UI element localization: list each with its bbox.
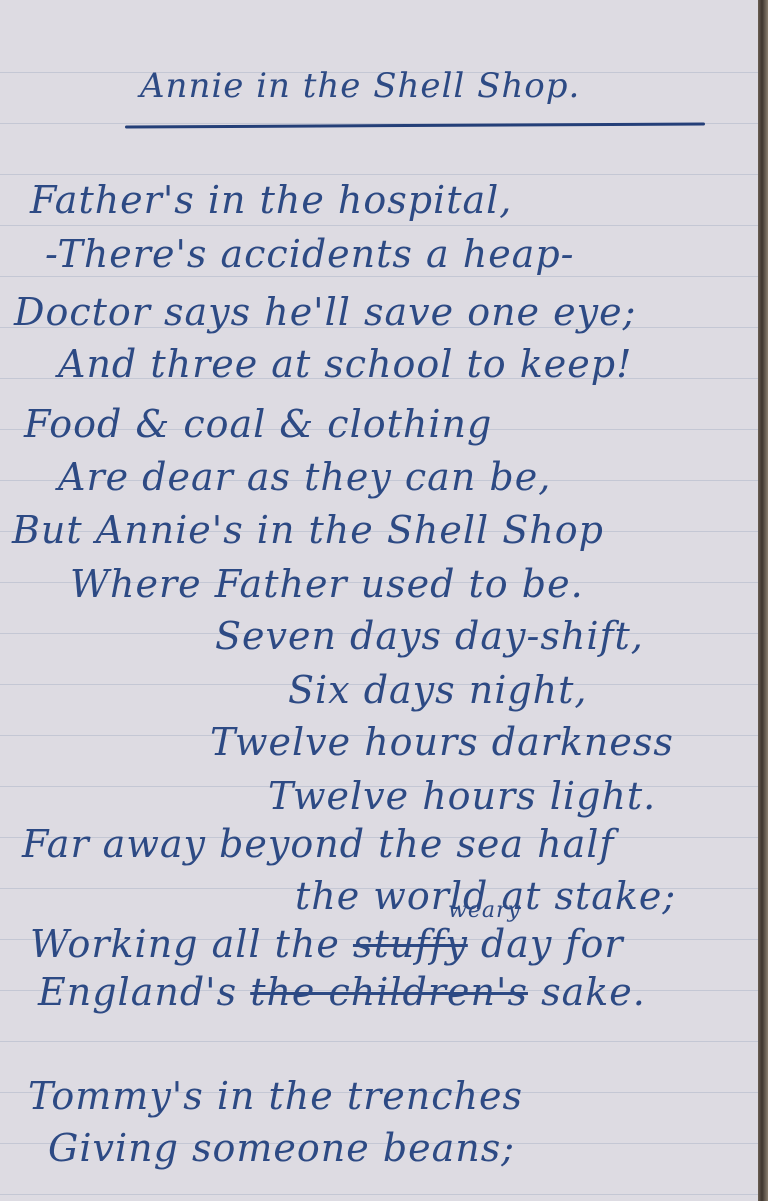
notebook-page: Annie in the Shell Shop. Father's in the…	[0, 0, 758, 1201]
notebook-edge	[758, 0, 768, 1201]
text-segment: day for	[481, 922, 624, 966]
poem-line-revised: Working all the stuffy day for	[30, 922, 624, 966]
poem-line: And three at school to keep!	[58, 342, 632, 386]
poem-line: Giving someone beans;	[48, 1126, 515, 1170]
poem-line: Six days night,	[288, 668, 588, 712]
poem-line: Father's in the hospital,	[30, 178, 512, 222]
poem-line: But Annie's in the Shell Shop	[12, 508, 604, 552]
poem-line: Twelve hours darkness	[210, 720, 674, 764]
poem-line: Seven days day-shift,	[215, 614, 644, 658]
poem-line: Far away beyond the sea half	[22, 822, 615, 866]
text-segment: sake.	[541, 970, 646, 1014]
title-underline	[125, 122, 705, 128]
poem-line: Food & coal & clothing	[24, 402, 492, 446]
inserted-word: weary	[448, 898, 521, 923]
struck-word: stuffy	[353, 922, 468, 966]
text-segment: Working all the	[30, 922, 340, 966]
poem-line: Where Father used to be.	[70, 562, 584, 606]
poem-line: Tommy's in the trenches	[28, 1074, 523, 1118]
text-segment: England's	[38, 970, 237, 1014]
poem-line: Doctor says he'll save one eye;	[14, 290, 636, 334]
poem-title: Annie in the Shell Shop.	[140, 66, 580, 106]
poem-line: -There's accidents a heap-	[45, 232, 575, 276]
poem-line: Twelve hours light.	[268, 774, 656, 818]
struck-phrase: the children's	[250, 970, 528, 1014]
poem-line-revised: England's the children's sake.	[38, 970, 646, 1014]
poem-line: Are dear as they can be,	[58, 455, 551, 499]
